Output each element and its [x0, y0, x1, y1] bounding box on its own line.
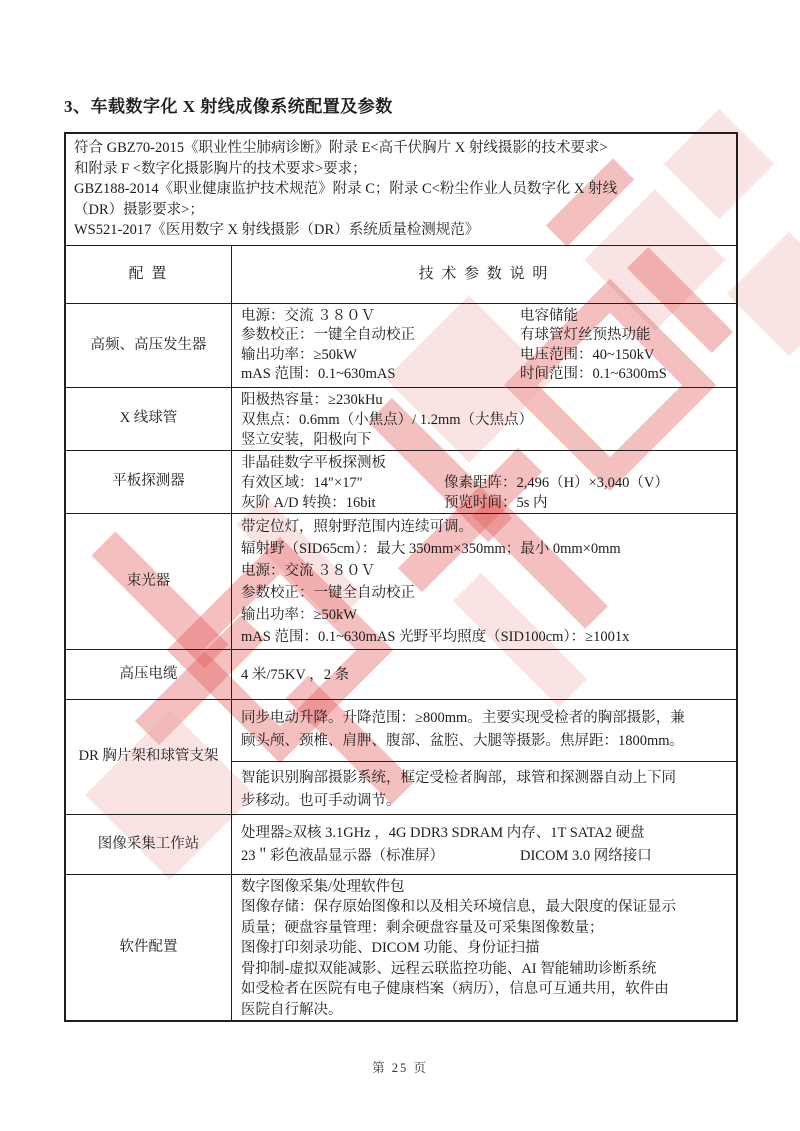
- standards-line: （DR）摄影要求>；: [74, 200, 728, 221]
- table-row-generator: 高频、高压发生器 电源：交流 ３８０Ｖ 参数校正：一键全自动校正 输出功率：≥5…: [66, 303, 736, 387]
- spec-pair-right: DICOM 3.0 网络接口: [520, 848, 652, 864]
- spec-line: 骨抑制-虚拟双能减影、远程云联监控功能、AI 智能辅助诊断系统: [241, 959, 728, 980]
- spec-line: 参数校正：一键全自动校正: [241, 326, 520, 346]
- spec-line: 电源：交流 ３８０Ｖ: [241, 307, 520, 327]
- table-row-software: 软件配置 数字图像采集/处理软件包 图像存储：保存原始图像和以及相关环境信息，最…: [66, 874, 736, 1020]
- standards-line: 符合 GBZ70-2015《职业性尘肺病诊断》附录 E<高千伏胸片 X 射线摄影…: [74, 138, 728, 159]
- spec-pair-left: 有效区域：14″×17″: [241, 473, 444, 493]
- table-row-detector: 平板探测器 非晶硅数字平板探测板 有效区域：14″×17″像素距阵：2,496（…: [66, 450, 736, 513]
- table-row-stand: DR 胸片架和球管支架 同步电动升降。升降范围：≥800mm。主要实现受检者的胸…: [66, 699, 736, 814]
- standards-line: WS521-2017《医用数字 X 射线摄影（DR）系统质量检测规范》: [74, 220, 728, 241]
- generator-left-column: 电源：交流 ３８０Ｖ 参数校正：一键全自动校正 输出功率：≥50kW mAS 范…: [241, 307, 520, 385]
- spec-line: 智能识别胸部摄影系统，框定受检者胸部，球管和探测器自动上下同: [241, 767, 728, 790]
- spec-line: 同步电动升降。升降范围：≥800mm。主要实现受检者的胸部摄影，兼: [241, 707, 728, 730]
- spec-pair-right: 预览时间：5s 内: [444, 495, 548, 511]
- row-value: 同步电动升降。升降范围：≥800mm。主要实现受检者的胸部摄影，兼 顾头颅、颈椎…: [232, 700, 736, 814]
- row-value: 非晶硅数字平板探测板 有效区域：14″×17″像素距阵：2,496（H）×3,0…: [232, 451, 736, 513]
- spec-line: 电压范围：40~150kV: [520, 346, 728, 366]
- spec-line: 图像打印刻录功能、DICOM 功能、身份证扫描: [241, 938, 728, 959]
- spec-table: 符合 GBZ70-2015《职业性尘肺病诊断》附录 E<高千伏胸片 X 射线摄影…: [64, 132, 738, 1022]
- page-title: 3、车载数字化 X 射线成像系统配置及参数: [64, 92, 393, 117]
- standards-text: 符合 GBZ70-2015《职业性尘肺病诊断》附录 E<高千伏胸片 X 射线摄影…: [66, 134, 736, 245]
- header-params: 技 术 参 数 说 明: [232, 246, 736, 303]
- header-config: 配 置: [66, 246, 232, 303]
- spec-line: 医院自行解决。: [241, 1000, 728, 1021]
- table-header-row: 配 置 技 术 参 数 说 明: [66, 245, 736, 303]
- spec-pair-left: 灰阶 A/D 转换：16bit: [241, 493, 444, 513]
- row-value: 数字图像采集/处理软件包 图像存储：保存原始图像和以及相关环境信息，最大限度的保…: [232, 875, 736, 1020]
- spec-line: 带定位灯，照射野范围内连续可调。: [241, 516, 728, 538]
- document-page: 3、车载数字化 X 射线成像系统配置及参数 符合 GBZ70-2015《职业性尘…: [0, 0, 800, 1131]
- spec-line: 步移动。也可手动调节。: [241, 790, 728, 813]
- spec-line: 竖立安装，阳极向下: [241, 430, 728, 450]
- spec-pair-right: 像素距阵：2,496（H）×3,040（V）: [444, 475, 669, 491]
- spec-line: 电源：交流 ３８０Ｖ: [241, 560, 728, 582]
- row-value: 电源：交流 ３８０Ｖ 参数校正：一键全自动校正 输出功率：≥50kW mAS 范…: [232, 304, 736, 387]
- spec-line: 顾头颅、颈椎、肩胛、腹部、盆腔、大腿等摄影。焦屏距：1800mm。: [241, 730, 728, 753]
- generator-right-column: 电容储能 有球管灯丝预热功能 电压范围：40~150kV 时间范围：0.1~63…: [520, 307, 728, 385]
- spec-line: 23＂彩色液晶显示器（标准屏）DICOM 3.0 网络接口: [241, 845, 728, 868]
- spec-line: 处理器≥双核 3.1GHz ，4G DDR3 SDRAM 内存、1T SATA2…: [241, 822, 728, 845]
- table-row-tube: X 线球管 阳极热容量：≥230kHu 双焦点：0.6mm（小焦点）/ 1.2m…: [66, 387, 736, 450]
- stand-subrow-2: 智能识别胸部摄影系统，框定受检者胸部，球管和探测器自动上下同 步移动。也可手动调…: [232, 762, 736, 814]
- row-label: 软件配置: [66, 875, 232, 1020]
- table-row-cable: 高压电缆 4 米/75KV ，2 条: [66, 649, 736, 699]
- spec-line: 灰阶 A/D 转换：16bit预览时间：5s 内: [241, 493, 728, 513]
- spec-line: mAS 范围：0.1~630mAS: [241, 365, 520, 385]
- table-row-standards: 符合 GBZ70-2015《职业性尘肺病诊断》附录 E<高千伏胸片 X 射线摄影…: [66, 134, 736, 245]
- standards-line: 和附录 F <数字化摄影胸片的技术要求>要求；: [74, 159, 728, 180]
- spec-line: 图像存储：保存原始图像和以及相关环境信息，最大限度的保证显示: [241, 897, 728, 918]
- spec-pair-left: 23＂彩色液晶显示器（标准屏）: [241, 845, 520, 868]
- spec-line: 输出功率：≥50kW: [241, 604, 728, 626]
- row-label: 高压电缆: [66, 650, 232, 699]
- spec-line: 有效区域：14″×17″像素距阵：2,496（H）×3,040（V）: [241, 473, 728, 493]
- spec-line: 输出功率：≥50kW: [241, 346, 520, 366]
- spec-line: 如受检者在医院有电子健康档案（病历），信息可互通共用，软件由: [241, 979, 728, 1000]
- table-row-workstation: 图像采集工作站 处理器≥双核 3.1GHz ，4G DDR3 SDRAM 内存、…: [66, 814, 736, 874]
- row-label: DR 胸片架和球管支架: [66, 700, 232, 814]
- row-value: 处理器≥双核 3.1GHz ，4G DDR3 SDRAM 内存、1T SATA2…: [232, 815, 736, 874]
- spec-line: 电容储能: [520, 307, 728, 327]
- spec-line: 数字图像采集/处理软件包: [241, 877, 728, 898]
- spec-line: 非晶硅数字平板探测板: [241, 453, 728, 473]
- row-label: X 线球管: [66, 388, 232, 450]
- spec-line: 时间范围：0.1~6300mS: [520, 365, 728, 385]
- spec-line: 质量；硬盘容量管理：剩余硬盘容量及可采集图像数量；: [241, 918, 728, 939]
- spec-line: 阳极热容量：≥230kHu: [241, 390, 728, 410]
- standards-line: GBZ188-2014《职业健康监护技术规范》附录 C；附录 C<粉尘作业人员数…: [74, 179, 728, 200]
- spec-line: 有球管灯丝预热功能: [520, 326, 728, 346]
- spec-line: 辐射野（SID65cm）：最大 350mm×350mm；最小 0mm×0mm: [241, 538, 728, 560]
- row-value: 4 米/75KV ，2 条: [232, 650, 736, 699]
- page-number: 第 25 页: [0, 1058, 800, 1076]
- row-label: 高频、高压发生器: [66, 304, 232, 387]
- spec-line: 参数校正：一键全自动校正: [241, 582, 728, 604]
- row-label: 平板探测器: [66, 451, 232, 513]
- spec-line: mAS 范围：0.1~630mAS 光野平均照度（SID100cm）：≥1001…: [241, 626, 728, 648]
- row-value: 带定位灯，照射野范围内连续可调。 辐射野（SID65cm）：最大 350mm×3…: [232, 514, 736, 649]
- table-row-collimator: 束光器 带定位灯，照射野范围内连续可调。 辐射野（SID65cm）：最大 350…: [66, 513, 736, 649]
- spec-line: 双焦点：0.6mm（小焦点）/ 1.2mm（大焦点）: [241, 410, 728, 430]
- row-label: 束光器: [66, 514, 232, 649]
- row-value: 阳极热容量：≥230kHu 双焦点：0.6mm（小焦点）/ 1.2mm（大焦点）…: [232, 388, 736, 450]
- spec-line: 4 米/75KV ，2 条: [241, 665, 349, 686]
- stand-subrow-1: 同步电动升降。升降范围：≥800mm。主要实现受检者的胸部摄影，兼 顾头颅、颈椎…: [232, 700, 736, 762]
- row-label: 图像采集工作站: [66, 815, 232, 874]
